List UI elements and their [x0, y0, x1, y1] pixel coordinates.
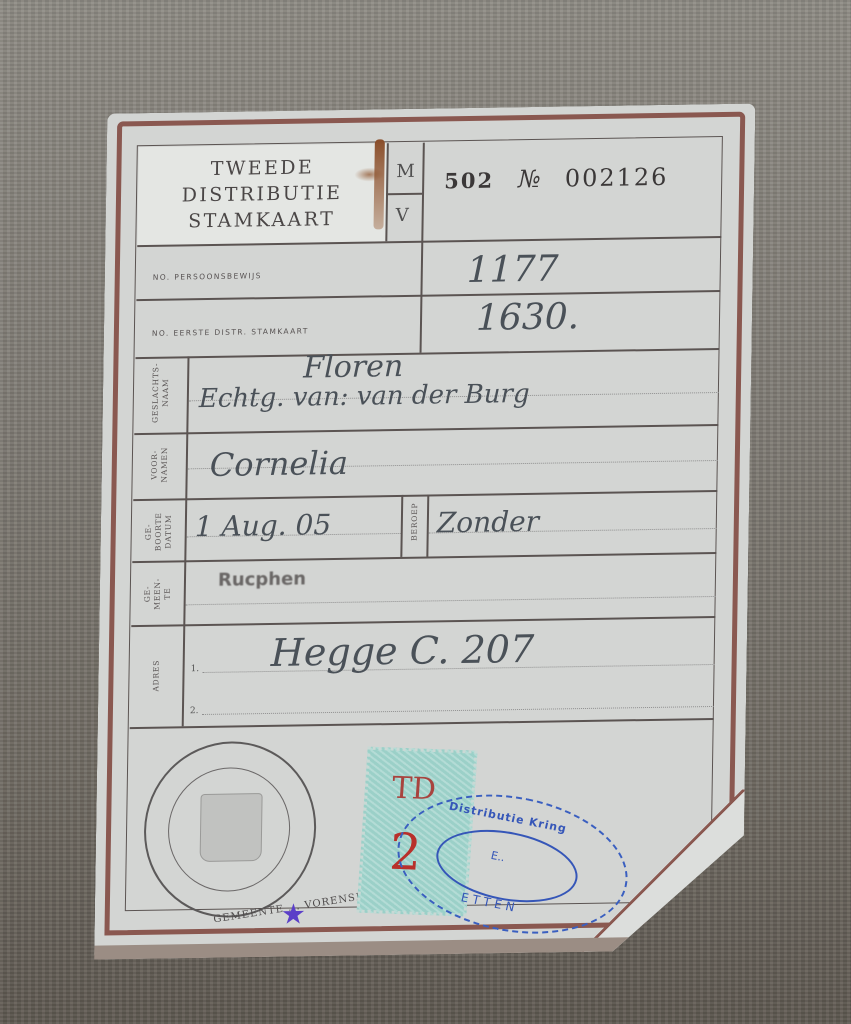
ration-stamp-letters: TD	[391, 771, 437, 808]
value-voornamen: Cornelia	[210, 444, 349, 484]
rust-stain	[373, 139, 384, 229]
value-geslachtsnaam-2: Echtg. van: van der Burg	[199, 379, 530, 414]
label-gemeente: GE- MEEN- TE	[142, 566, 173, 622]
label-persoonsbewijs: No. Persoonsbewijs	[153, 271, 262, 282]
title-line-1: TWEEDE	[138, 153, 386, 183]
serial-number: 502№002126	[444, 163, 669, 195]
label-geslachtsnaam: GESLACHTS- NAAM	[150, 361, 171, 425]
title-line-3: STAMKAART	[137, 205, 385, 235]
value-gemeente-stamp: Rucphen	[218, 568, 306, 590]
card-title: TWEEDE DISTRIBUTIE STAMKAART	[137, 143, 387, 245]
value-geslachtsnaam-1: Floren	[303, 349, 403, 386]
office-stamp-top: Distributie Kring	[448, 800, 568, 836]
value-geboortedatum: 1 Aug. 05	[195, 508, 332, 543]
roman-mark-v: V	[396, 205, 409, 226]
card-paper: TWEEDE DISTRIBUTIE STAMKAART M V 502№002…	[94, 104, 755, 960]
label-adres: ADRES	[151, 648, 162, 704]
number-sign: №	[518, 165, 543, 193]
value-beroep: Zonder	[437, 505, 540, 540]
star-icon: ★	[281, 900, 307, 928]
label-voornamen: VOOR- NAMEN	[149, 437, 170, 493]
rust-stain-spot	[354, 167, 384, 181]
value-persoonsbewijs: 1177	[467, 249, 559, 291]
corner-number: 502	[688, 914, 720, 932]
adres-line-1-number: 1.	[191, 664, 200, 674]
serial-value: 002126	[565, 163, 669, 193]
distribution-card: TWEEDE DISTRIBUTIE STAMKAART M V 502№002…	[74, 62, 756, 960]
adres-line-2-number: 2.	[190, 706, 199, 716]
office-stamp-middle: E..	[490, 849, 507, 864]
label-beroep: BEROEP	[410, 498, 421, 546]
shield-icon	[200, 793, 263, 862]
value-adres-1: Hegge C. 207	[270, 627, 534, 675]
label-geboortedatum: GE- BOORTE DATUM	[143, 504, 174, 560]
roman-mark-m: M	[396, 161, 415, 182]
title-line-2: DISTRIBUTIE	[138, 179, 386, 209]
serial-prefix: 502	[444, 168, 494, 194]
value-eerste-stamkaart: 1630.	[476, 296, 580, 339]
